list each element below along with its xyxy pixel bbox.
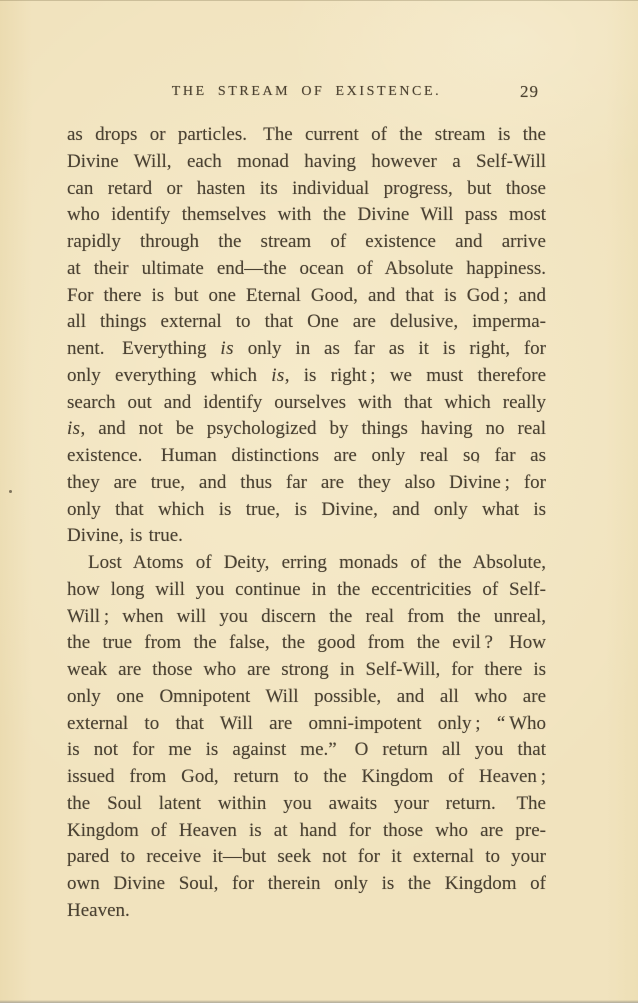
text-line: search out and identify ourselves with t… — [67, 390, 546, 417]
text-line: Kingdom of Heaven is at hand for those w… — [67, 818, 546, 845]
running-header: THE STREAM OF EXISTENCE. 29 — [67, 84, 546, 106]
text-line: only that which is true, is Divine, and … — [67, 497, 546, 524]
text-line: external to that Will are omni-impotent … — [67, 711, 546, 738]
text-line: is not for me is against me.” O return a… — [67, 737, 546, 764]
text-line: Heaven. — [67, 898, 546, 925]
text-line: issued from God, return to the Kingdom o… — [67, 764, 546, 791]
text-line: only everything which is, is right ; we … — [67, 363, 546, 390]
text-line: can retard or hasten its individual prog… — [67, 176, 546, 203]
text-line: the Soul latent within you awaits your r… — [67, 791, 546, 818]
scan-edge-top — [0, 0, 638, 1]
text-line: Will ; when will you discern the real fr… — [67, 604, 546, 631]
text-line: weak are those who are strong in Self-Wi… — [67, 657, 546, 684]
text-line: as drops or particles. The current of th… — [67, 122, 546, 149]
text-line: own Divine Soul, for therein only is the… — [67, 871, 546, 898]
text-line: For there is but one Eternal Good, and t… — [67, 283, 546, 310]
text-line: how long will you continue in the eccent… — [67, 577, 546, 604]
running-title: THE STREAM OF EXISTENCE. — [67, 84, 546, 100]
text-line: pared to receive it—but seek not for it … — [67, 844, 546, 871]
text-line: they are true, and thus far are they als… — [67, 470, 546, 497]
text-line: Lost Atoms of Deity, erring monads of th… — [67, 550, 546, 577]
body-text: as drops or particles. The current of th… — [67, 122, 546, 925]
text-line: nent. Everything is only in as far as it… — [67, 336, 546, 363]
text-line: Divine, is true. — [67, 523, 546, 550]
text-line: Divine Will, each monad having however a… — [67, 149, 546, 176]
text-line: existence. Human distinctions are only r… — [67, 443, 546, 470]
page-number: 29 — [520, 82, 539, 102]
text-line: all things external to that One are delu… — [67, 309, 546, 336]
text-line: rapidly through the stream of existence … — [67, 229, 546, 256]
text-line: only one Omnipotent Will possible, and a… — [67, 684, 546, 711]
text-line: is, and not be psychologized by things h… — [67, 416, 546, 443]
book-page-scan: THE STREAM OF EXISTENCE. 29 as drops or … — [0, 0, 638, 1003]
text-line: the true from the false, the good from t… — [67, 630, 546, 657]
ink-speck — [9, 490, 12, 493]
text-line: who identify themselves with the Divine … — [67, 202, 546, 229]
text-line: at their ultimate end—the ocean of Absol… — [67, 256, 546, 283]
